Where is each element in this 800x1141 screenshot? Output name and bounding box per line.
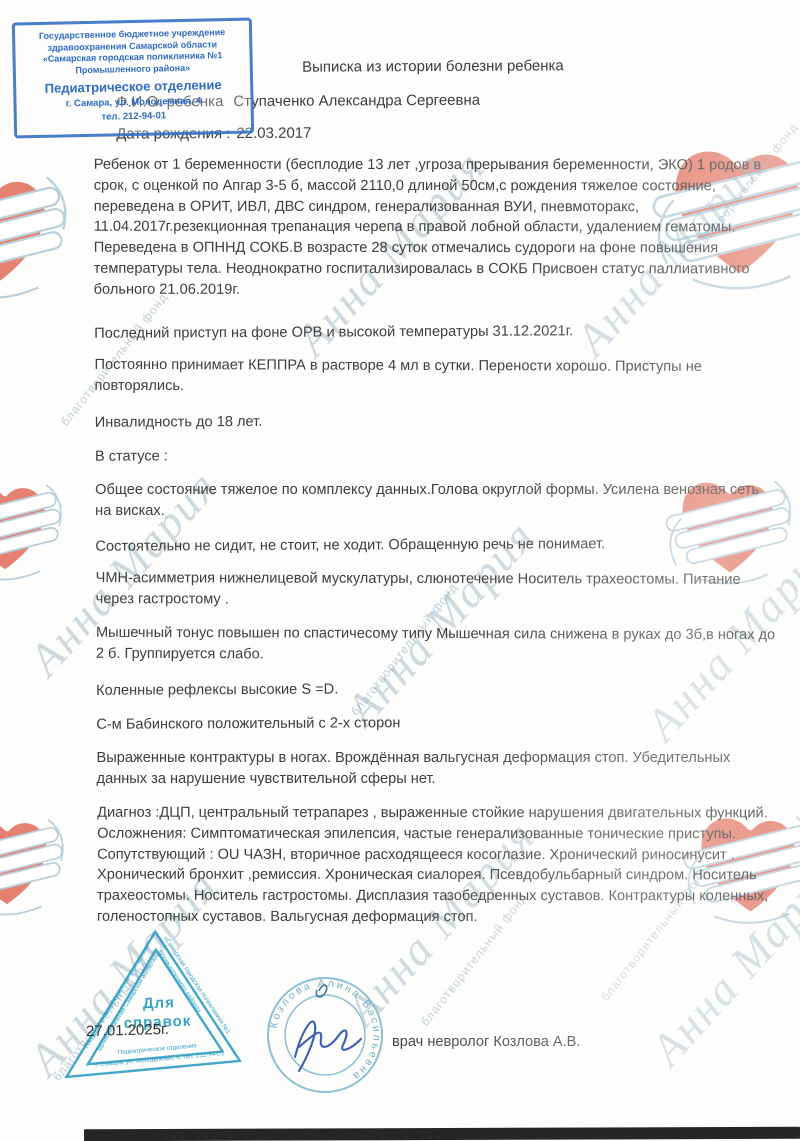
- body-paragraph: В статусе :: [95, 443, 775, 467]
- triangle-center-text: Для: [143, 994, 176, 1012]
- scan-bottom-edge: [84, 1127, 800, 1141]
- body-paragraph: Ребенок от 1 беременности (бесплодие 13 …: [94, 155, 774, 301]
- body-paragraph: Общее состояние тяжелое по комплексу дан…: [95, 480, 775, 522]
- fio-name: Ступаченко Александра Сергеевна: [233, 92, 480, 110]
- body-paragraph: Состоятельно не сидит, не стоит, не ходи…: [95, 533, 775, 557]
- stamp-inner-ring: [285, 995, 365, 1075]
- body-paragraph: Коленные рефлексы высокие S =D.: [96, 677, 776, 701]
- body-paragraph: Постоянно принимает КЕППРА в растворе 4 …: [94, 355, 774, 399]
- body-paragraph: Выраженные контрактуры в ногах. Врождённ…: [97, 748, 777, 790]
- body-paragraph: Диагноз :ДЦП, центральный тетрапарез , в…: [97, 803, 777, 928]
- round-stamp: Козлова Алина Васильевна: [263, 973, 387, 1102]
- doctor-signature-line: врач невролог Козлова А.В.: [392, 1034, 580, 1050]
- handwritten-signature: [295, 1021, 361, 1071]
- scanned-document-page: Анна Мария Анна Мария Анна Мария Анна Ма…: [0, 0, 800, 1141]
- document-content: Выписка из истории болезни ребенка Ф.И.О…: [93, 0, 778, 943]
- body-paragraph: ЧМН-асимметрия нижнелицевой мускулатуры,…: [96, 568, 776, 611]
- body-paragraph: Мышечный тонус повышен по спастичесому т…: [96, 623, 776, 667]
- body-paragraph: Последний приступ на фоне ОРВ и высокой …: [94, 320, 774, 344]
- hands-heart-logo-icon: [0, 463, 70, 593]
- clinic-header-stamp: Государственное бюджетное учреждение здр…: [12, 17, 254, 138]
- document-paragraphs: Ребенок от 1 беременности (бесплодие 13 …: [93, 153, 777, 929]
- body-paragraph: С-м Бабинского положительный с 2-х сторо…: [96, 712, 776, 736]
- stamp-phone: тел. 212-94-01: [17, 109, 251, 126]
- hands-heart-logo-icon: [0, 150, 77, 315]
- issue-date: 27.01.2025г.: [86, 1021, 169, 1040]
- body-paragraph: Инвалидность до 18 лет.: [95, 409, 775, 433]
- triangle-stamp: Для справок Государственное бюджетное уч…: [55, 923, 246, 1094]
- round-stamp-graphic: Козлова Алина Васильевна: [263, 973, 387, 1097]
- hands-heart-logo-icon: [0, 798, 72, 928]
- triangle-bottom-text: г. Самара, ул. Молодёжная, 4, тел. 212-9…: [95, 1050, 225, 1068]
- triangle-stamp-graphic: Для справок Государственное бюджетное уч…: [55, 923, 245, 1089]
